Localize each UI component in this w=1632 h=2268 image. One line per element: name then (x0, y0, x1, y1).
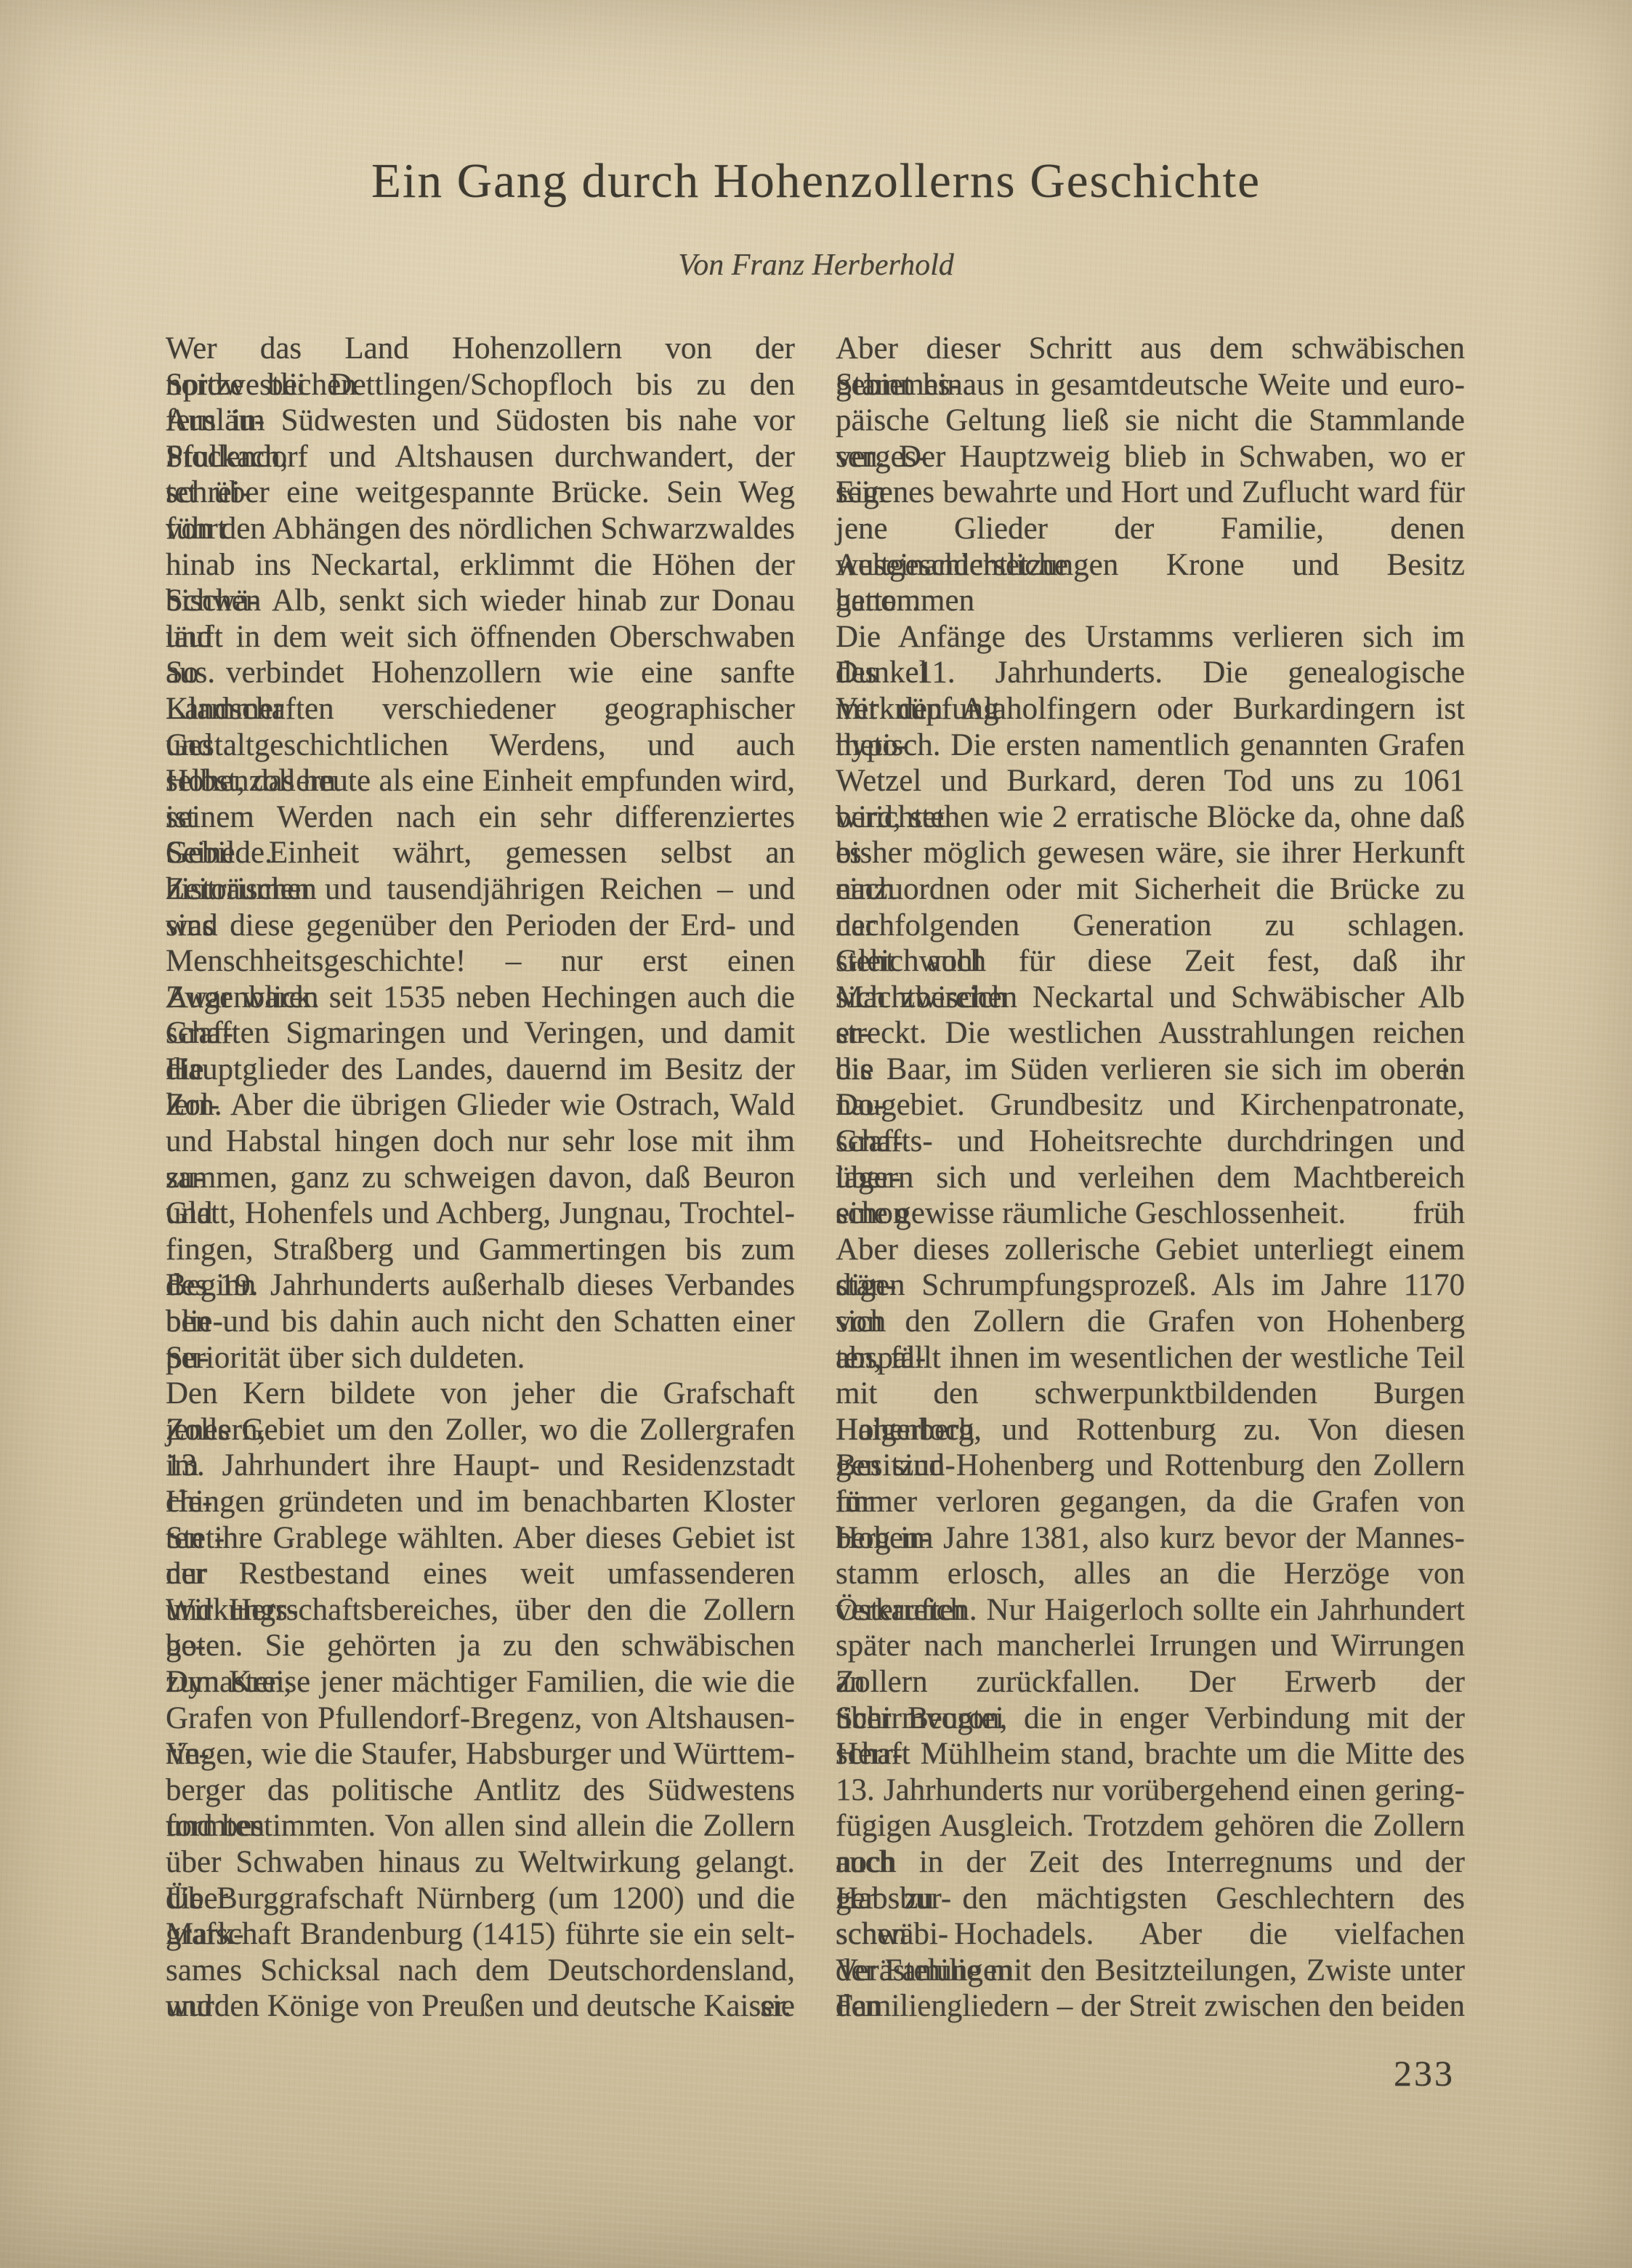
text-line: fern im Südwesten und Südosten bis nahe … (166, 403, 795, 439)
text-columns: Wer das Land Hohenzollern von der nordwe… (166, 331, 1465, 2025)
text-line: selbst, das heute als eine Einheit empfu… (166, 763, 795, 799)
text-line: jenes Gebiet um den Zoller, wo die Zolle… (166, 1412, 795, 1448)
text-line: lern. Aber die übrigen Glieder wie Ostra… (166, 1087, 795, 1123)
text-line: mit den schwerpunktbildenden Burgen Hohe… (836, 1376, 1465, 1412)
text-line: von den Zollern die Grafen von Hohenberg… (836, 1304, 1465, 1340)
left-column: Wer das Land Hohenzollern von der nordwe… (166, 331, 795, 2025)
text-line: Spitze bei Dettlingen/Schopfloch bis zu … (166, 367, 795, 403)
text-line: berger das politische Antlitz des Südwes… (166, 1772, 795, 1809)
text-line: thetisch. Die ersten namentlich genannte… (836, 727, 1465, 764)
text-line: Zollern zurückfallen. Der Erwerb der Sch… (836, 1664, 1465, 1700)
text-line: streckt. Die westlichen Ausstrahlungen r… (836, 1015, 1465, 1052)
text-line: schaft Mühlheim stand, brachte um die Mi… (836, 1736, 1465, 1772)
text-line: Eigenes bewahrte und Hort und Zuflucht w… (836, 475, 1465, 511)
text-line: Menschheitsgeschichte! – nur erst einen … (166, 943, 795, 980)
byline: Von Franz Herberhold (0, 250, 1632, 281)
text-line: schen Hochadels. Aber die vielfachen Ver… (836, 1916, 1465, 1953)
text-line: hinab ins Neckartal, erklimmt die Höhen … (166, 547, 795, 584)
text-line: steht auch für diese Zeit fest, daß ihr … (836, 943, 1465, 980)
text-line: ten, fällt ihnen im wesentlichen der wes… (836, 1340, 1465, 1376)
text-line: zum Kreise jener mächtiger Familien, die… (166, 1664, 795, 1700)
text-line: und Herrschaftsbereiches, über den die Z… (166, 1592, 795, 1629)
text-line: Grafen von Pfullendorf-Bregenz, von Alts… (166, 1700, 795, 1737)
text-line: Zeiträumen und tausendjährigen Reichen –… (166, 871, 795, 908)
text-line: Aber dieser Schritt aus dem schwäbischen… (836, 331, 1465, 367)
text-line: grafschaft Brandenburg (1415) führte sie… (166, 1916, 795, 1953)
text-line: gebiet hinaus in gesamtdeutsche Weite un… (836, 367, 1465, 403)
text-line: 13. Jahrhunderts nur vorübergehend einen… (836, 1772, 1465, 1809)
text-line: über Beuron, die in enger Verbindung mit… (836, 1700, 1465, 1737)
text-line: Auseinandersetzungen Krone und Besitz ge… (836, 547, 1465, 584)
text-line: naugebiet. Grundbesitz und Kirchenpatron… (836, 1087, 1465, 1123)
text-line: später nach mancherlei Irrungen und Wirr… (836, 1628, 1465, 1664)
text-line: schaften Sigmaringen und Veringen, und d… (166, 1015, 795, 1052)
text-line: stamm erlosch, alles an die Herzöge von … (836, 1556, 1465, 1592)
text-line: wurden Könige von Preußen und deutsche K… (166, 1988, 795, 2025)
text-line: Glatt, Hohenfels und Achberg, Jungnau, T… (166, 1195, 795, 1232)
text-line: des 11. Jahrhunderts. Die genealogische … (836, 655, 1465, 691)
text-line: digen Schrumpfungsprozeß. Als im Jahre 1… (836, 1267, 1465, 1304)
page-title: Ein Gang durch Hohenzollerns Geschichte (0, 157, 1632, 206)
text-line: Seine Einheit währt, gemessen selbst an … (166, 835, 795, 871)
text-line: die Burggrafschaft Nürnberg (um 1200) un… (166, 1881, 795, 1917)
scanned-book-page: Ein Gang durch Hohenzollerns Geschichte … (0, 0, 1632, 2268)
text-line: seinem Werden nach ein sehr differenzier… (166, 799, 795, 836)
text-line: sich zwischen Neckartal und Schwäbischer… (836, 980, 1465, 1016)
text-line: Den Kern bildete von jeher die Grafschaf… (166, 1376, 795, 1412)
text-line: und geschichtlichen Werdens, und auch Ho… (166, 727, 795, 764)
text-line: ben und bis dahin auch nicht den Schatte… (166, 1304, 795, 1340)
text-line: fügigen Ausgleich. Trotzdem gehören die … (836, 1808, 1465, 1844)
text-line: berg im Jahre 1381, also kurz bevor der … (836, 1520, 1465, 1557)
text-line: päische Geltung ließ sie nicht die Stamm… (836, 403, 1465, 439)
text-line: periorität über sich duldeten. (166, 1340, 795, 1376)
text-line: fingen, Straßberg und Gammertingen bis z… (166, 1232, 795, 1268)
text-line: noch in der Zeit des Interregnums und de… (836, 1844, 1465, 1881)
text-line: bischen Alb, senkt sich wieder hinab zur… (166, 583, 795, 619)
text-line: tet über eine weitgespannte Brücke. Sein… (166, 475, 795, 511)
text-line: die Baar, im Süden verlieren sie sich im… (836, 1052, 1465, 1088)
text-line: gen sind Hohenberg und Rottenburg den Zo… (836, 1448, 1465, 1484)
text-line: Aber dieses zollerische Gebiet unterlieg… (836, 1232, 1465, 1268)
text-line: sammen, ganz zu schweigen davon, daß Beu… (166, 1160, 795, 1196)
text-line: Zwar waren seit 1535 neben Hechingen auc… (166, 980, 795, 1016)
text-line: Haigerloch und Rottenburg zu. Von diesen… (836, 1412, 1465, 1448)
text-line: ringen, wie die Staufer, Habsburger und … (166, 1736, 795, 1772)
text-line: wird, stehen wie 2 erratische Blöcke da,… (836, 799, 1465, 836)
text-line: chingen gründeten und im benachbarten Kl… (166, 1484, 795, 1520)
text-line: einzuordnen oder mit Sicherheit die Brüc… (836, 871, 1465, 908)
text-line: lagern sich und verleihen dem Machtberei… (836, 1160, 1465, 1196)
text-line: immer verloren gegangen, da die Grafen v… (836, 1484, 1465, 1520)
text-line: sen. Der Hauptzweig blieb in Schwaben, w… (836, 439, 1465, 475)
text-line: Landschaften verschiedener geographische… (166, 691, 795, 727)
text-line: über Schwaben hinaus zu Weltwirkung gela… (166, 1844, 795, 1881)
text-line: schafts- und Hoheitsrechte durchdringen … (836, 1123, 1465, 1160)
text-line: sames Schicksal nach dem Deutschordensla… (166, 1953, 795, 1989)
text-line: sind diese gegenüber den Perioden der Er… (166, 908, 795, 944)
text-line: mit den Alaholfingern oder Burkardingern… (836, 691, 1465, 727)
right-column: Aber dieser Schritt aus dem schwäbischen… (836, 331, 1465, 2025)
text-line: Pfullendorf und Altshausen durchwandert,… (166, 439, 795, 475)
text-line: Wer das Land Hohenzollern von der nordwe… (166, 331, 795, 367)
text-line: boten. Sie gehörten ja zu den schwäbisch… (166, 1628, 795, 1664)
text-line: verkauften. Nur Haigerloch sollte ein Ja… (836, 1592, 1465, 1629)
text-line: So verbindet Hohenzollern wie eine sanft… (166, 655, 795, 691)
text-line: ten ihre Grablege wählten. Aber dieses G… (166, 1520, 795, 1557)
text-line: von den Abhängen des nördlichen Schwarzw… (166, 511, 795, 547)
text-line: der Familie mit den Besitzteilungen, Zwi… (836, 1953, 1465, 1989)
text-line: Wetzel und Burkard, deren Tod uns zu 106… (836, 763, 1465, 799)
text-line: des 19. Jahrhunderts außerhalb dieses Ve… (166, 1267, 795, 1304)
text-line: und Habstal hingen doch nur sehr lose mi… (166, 1123, 795, 1160)
text-line: jene Glieder der Familie, denen weltgesc… (836, 511, 1465, 547)
page-number: 233 (828, 2055, 1465, 2091)
text-line: und bestimmten. Von allen sind allein di… (166, 1808, 795, 1844)
text-line: nachfolgenden Generation zu schlagen. Gl… (836, 908, 1465, 944)
text-line: läuft in dem weit sich öffnenden Obersch… (166, 619, 795, 655)
text-line: Die Anfänge des Urstamms verlieren sich … (836, 619, 1465, 655)
text-line: Familiengliedern – der Streit zwischen d… (836, 1988, 1465, 2025)
text-line: bisher möglich gewesen wäre, sie ihrer H… (836, 835, 1465, 871)
text-line: der Restbestand eines weit umfassenderen… (166, 1556, 795, 1592)
text-line: 13. Jahrhundert ihre Haupt- und Residenz… (166, 1448, 795, 1484)
text-line: Hauptglieder des Landes, dauernd im Besi… (166, 1052, 795, 1088)
text-line: ger zu den mächtigsten Geschlechtern des… (836, 1881, 1465, 1917)
